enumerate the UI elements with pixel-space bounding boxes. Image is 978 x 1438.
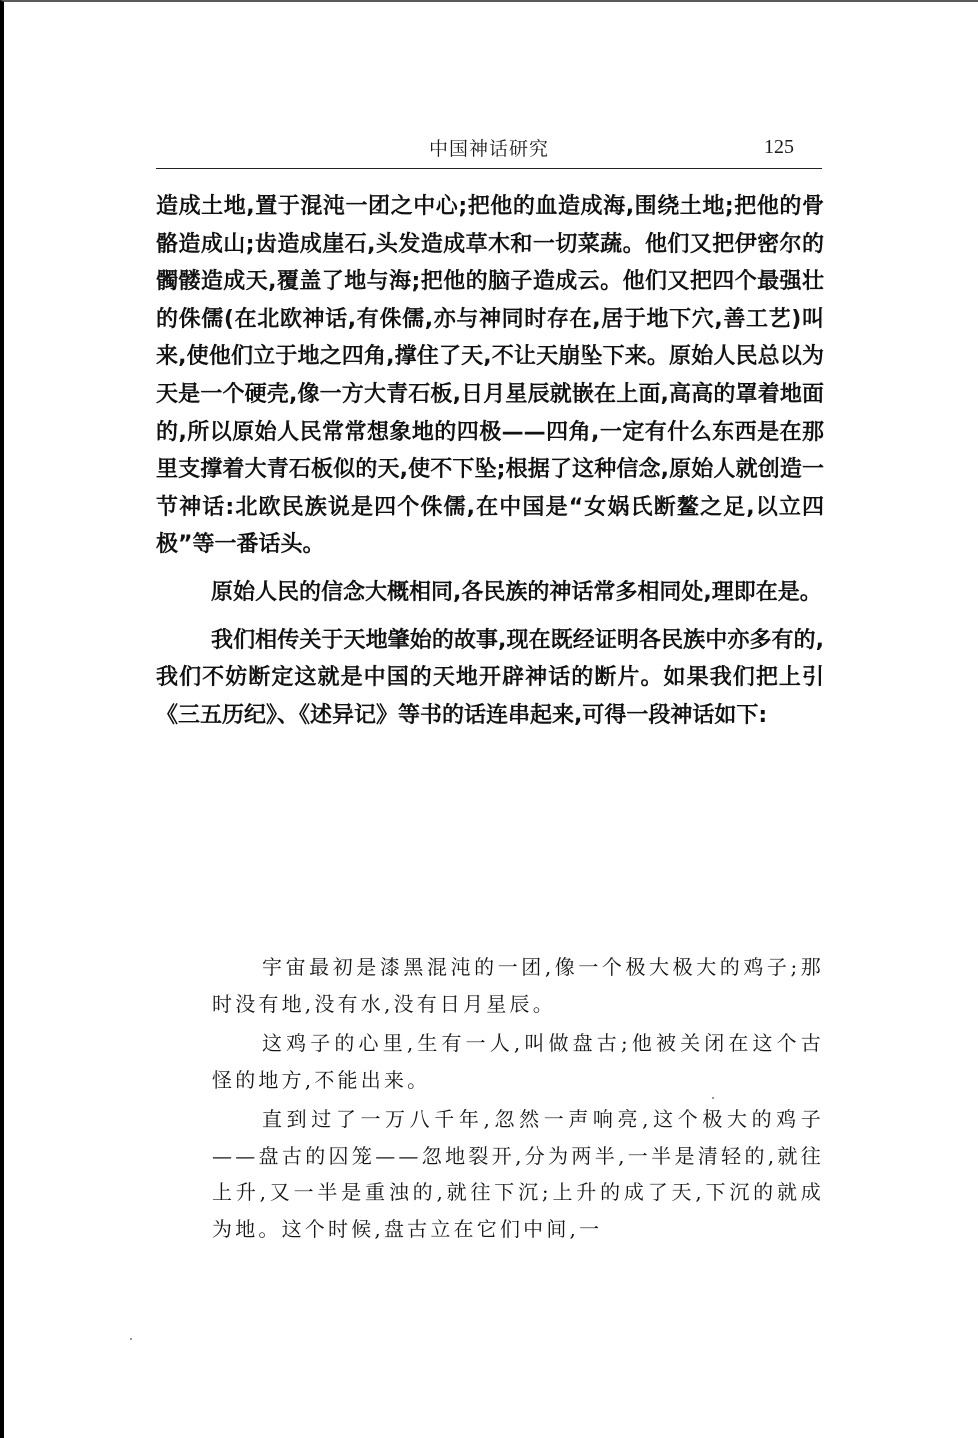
quote-paragraph: 这鸡子的心里,生有一人,叫做盘古;他被关闭在这个古怪的地方,不能出来。 xyxy=(212,1025,824,1098)
paragraph: 原始人民的信念大概相同,各民族的神话常多相同处,理即在是。 xyxy=(156,574,824,612)
book-page: 中国神话研究 125 造成土地,置于混沌一团之中心;把他的血造成海,围绕土地;把… xyxy=(0,0,978,1438)
page-number: 125 xyxy=(764,136,794,159)
quote-paragraph: 直到过了一万八千年,忽然一声响亮,这个极大的鸡子——盘古的囚笼——忽地裂开,分为… xyxy=(212,1101,824,1247)
scan-speck xyxy=(130,1338,132,1340)
paragraph: 我们相传关于天地肇始的故事,现在既经证明各民族中亦多有的,我们不妨断定这就是中国… xyxy=(156,622,824,735)
block-quote: 宇宙最初是漆黑混沌的一团,像一个极大极大的鸡子;那时没有地,没有水,没有日月星辰… xyxy=(212,949,824,1247)
quote-paragraph: 宇宙最初是漆黑混沌的一团,像一个极大极大的鸡子;那时没有地,没有水,没有日月星辰… xyxy=(212,949,824,1022)
running-header: 中国神话研究 125 xyxy=(156,132,822,168)
body-text: 造成土地,置于混沌一团之中心;把他的血造成海,围绕土地;把他的骨骼造成山;齿造成… xyxy=(156,188,824,734)
scan-speck xyxy=(712,1097,714,1099)
paragraph-continued: 造成土地,置于混沌一团之中心;把他的血造成海,围绕土地;把他的骨骼造成山;齿造成… xyxy=(156,188,824,564)
header-rule xyxy=(156,168,822,169)
running-title: 中国神话研究 xyxy=(156,134,822,161)
